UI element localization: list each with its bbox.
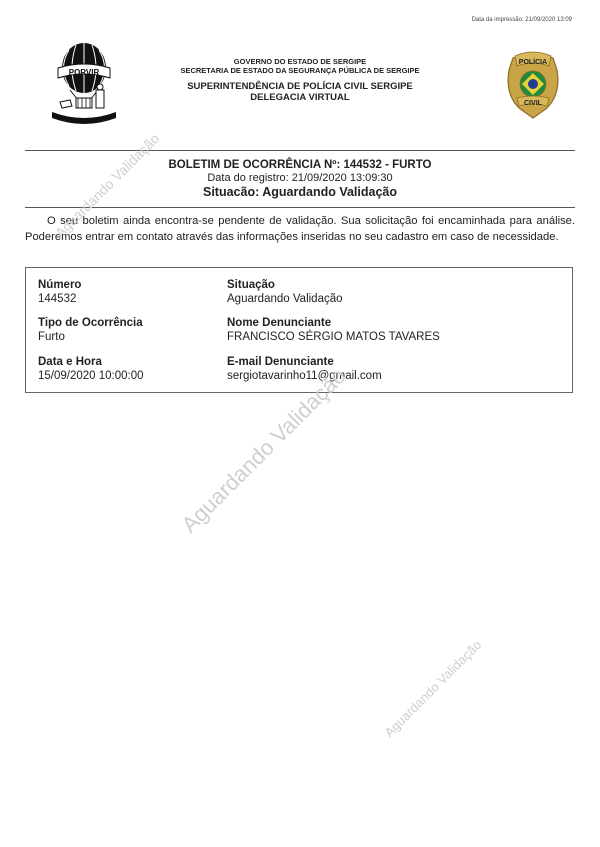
field-value: Aguardando Validação (227, 292, 343, 306)
header-text: GOVERNO DO ESTADO DE SERGIPE SECRETARIA … (150, 57, 450, 103)
field-value: sergiotavarinho11@gmail.com (227, 369, 382, 383)
field-tipo-ocorrencia: Tipo de Ocorrência Furto (38, 316, 143, 344)
field-nome-denunciante: Nome Denunciante FRANCISCO SÉRGIO MATOS … (227, 316, 440, 344)
field-label: E-mail Denunciante (227, 355, 382, 369)
field-value: Furto (38, 330, 143, 344)
field-value: 144532 (38, 292, 81, 306)
virtual-police-station: DELEGACIA VIRTUAL (150, 92, 450, 103)
superintendency-name: SUPERINTENDÊNCIA DE POLÍCIA CIVIL SERGIP… (150, 81, 450, 92)
report-status: Situacão: Aguardando Validação (25, 185, 575, 200)
report-details-box: Número 144532 Situação Aguardando Valida… (25, 267, 573, 393)
sergipe-coat-of-arms-icon: PORVIR (38, 38, 130, 130)
registration-date: Data do registro: 21/09/2020 13:09:30 (25, 172, 575, 185)
policia-civil-badge-icon: POLÍCIA CIVIL (503, 50, 563, 122)
secretariat-name: SECRETARIA DE ESTADO DA SEGURANÇA PÚBLIC… (150, 66, 450, 75)
svg-text:PORVIR: PORVIR (69, 68, 100, 77)
header-divider (25, 150, 575, 151)
field-label: Tipo de Ocorrência (38, 316, 143, 330)
notice-text: O seu boletim ainda encontra-se pendente… (25, 215, 575, 243)
title-divider (25, 207, 575, 208)
watermark: Aguardando Validação (381, 637, 484, 740)
field-value: 15/09/2020 10:00:00 (38, 369, 144, 383)
svg-text:CIVIL: CIVIL (524, 100, 543, 107)
field-label: Número (38, 278, 81, 292)
field-value: FRANCISCO SÉRGIO MATOS TAVARES (227, 330, 440, 344)
field-label: Situação (227, 278, 343, 292)
report-title: BOLETIM DE OCORRÊNCIA Nº: 144532 - FURTO (25, 158, 575, 172)
pending-notice: O seu boletim ainda encontra-se pendente… (25, 213, 575, 245)
government-name: GOVERNO DO ESTADO DE SERGIPE (150, 57, 450, 66)
field-email-denunciante: E-mail Denunciante sergiotavarinho11@gma… (227, 355, 382, 383)
field-situacao: Situação Aguardando Validação (227, 278, 343, 306)
field-label: Nome Denunciante (227, 316, 440, 330)
report-title-block: BOLETIM DE OCORRÊNCIA Nº: 144532 - FURTO… (25, 158, 575, 200)
field-label: Data e Hora (38, 355, 144, 369)
field-numero: Número 144532 (38, 278, 81, 306)
print-date: Data da impressão: 21/09/2020 13:09 (472, 17, 572, 23)
svg-text:POLÍCIA: POLÍCIA (519, 57, 547, 66)
field-data-hora: Data e Hora 15/09/2020 10:00:00 (38, 355, 144, 383)
